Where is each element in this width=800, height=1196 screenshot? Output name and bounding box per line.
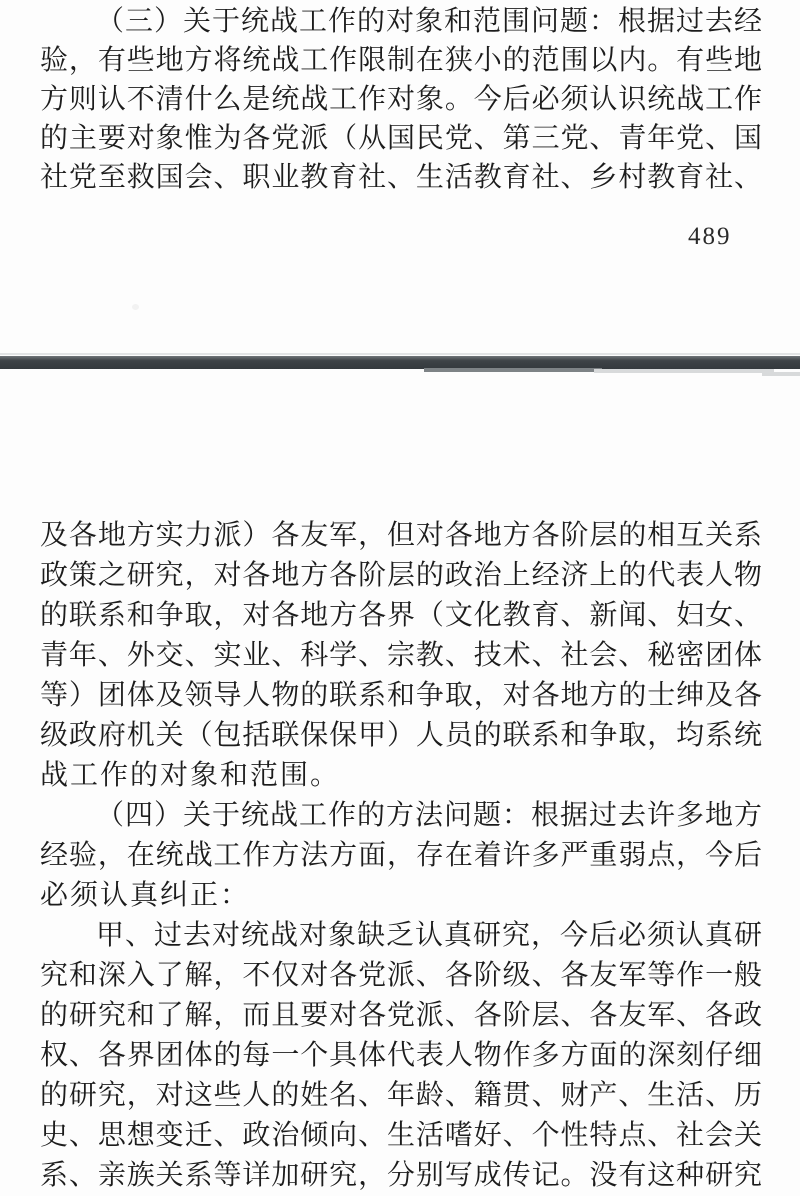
text-line: 级政府机关（包括联保保甲）人员的联系和争取，均系统	[40, 716, 762, 756]
text-line: 验，有些地方将统战工作限制在狭小的范围以内。有些地	[40, 41, 762, 80]
text-line: 等）团体及领导人物的联系和争取，对各地方的士绅及各	[40, 676, 762, 716]
text-line: （三）关于统战工作的对象和范围问题：根据过去经	[40, 2, 762, 41]
scanned-document-page: （三）关于统战工作的对象和范围问题：根据过去经 验，有些地方将统战工作限制在狭小…	[0, 0, 800, 1196]
text-line: 经验，在统战工作方法方面，存在着许多严重弱点，今后	[40, 836, 762, 876]
text-line: 必须认真纠正：	[40, 876, 762, 916]
page-number: 489	[688, 223, 732, 251]
text-line: 的研究，对这些人的姓名、年龄、籍贯、财产、生活、历	[40, 1076, 762, 1116]
text-line: 及各地方实力派）各友军，但对各地方各阶层的相互关系	[40, 516, 762, 556]
text-line: 系、亲族关系等详加研究，分别写成传记。没有这种研究	[40, 1156, 762, 1196]
text-line: 战工作的对象和范围。	[40, 756, 762, 796]
text-line: 社党至救国会、职业教育社、生活教育社、乡村教育社、	[40, 158, 762, 197]
scan-artifact-strip-mid	[424, 368, 602, 372]
text-line: （四）关于统战工作的方法问题：根据过去许多地方	[40, 796, 762, 836]
text-line: 究和深入了解，不仅对各党派、各阶级、各友军等作一般	[40, 956, 762, 996]
text-line: 的研究和了解，而且要对各党派、各阶层、各友军、各政	[40, 996, 762, 1036]
text-line: 的联系和争取，对各地方各界（文化教育、新闻、妇女、	[40, 596, 762, 636]
page-separator-bar	[0, 356, 800, 369]
scan-separator-faint-edge	[0, 353, 800, 355]
scan-artifact-strip-light	[594, 369, 774, 373]
text-line: 甲、过去对统战对象缺乏认真研究，今后必须认真研	[40, 916, 762, 956]
text-line: 史、思想变迁、政治倾向、生活嗜好、个性特点、社会关	[40, 1116, 762, 1156]
text-line: 权、各界团体的每一个具体代表人物作多方面的深刻仔细	[40, 1036, 762, 1076]
text-line: 的主要对象惟为各党派（从国民党、第三党、青年党、国	[40, 119, 762, 158]
text-line: 方则认不清什么是统战工作对象。今后必须认识统战工作	[40, 80, 762, 119]
page-bottom-text-block: 及各地方实力派）各友军，但对各地方各阶层的相互关系 政策之研究，对各地方各阶层的…	[40, 516, 762, 1196]
scan-artifact-dot	[132, 304, 139, 310]
text-line: 政策之研究，对各地方各阶层的政治上经济上的代表人物	[40, 556, 762, 596]
text-line: 青年、外交、实业、科学、宗教、技术、社会、秘密团体	[40, 636, 762, 676]
scan-artifact-strip-light	[762, 372, 800, 376]
page-top-text-block: （三）关于统战工作的对象和范围问题：根据过去经 验，有些地方将统战工作限制在狭小…	[40, 2, 762, 197]
